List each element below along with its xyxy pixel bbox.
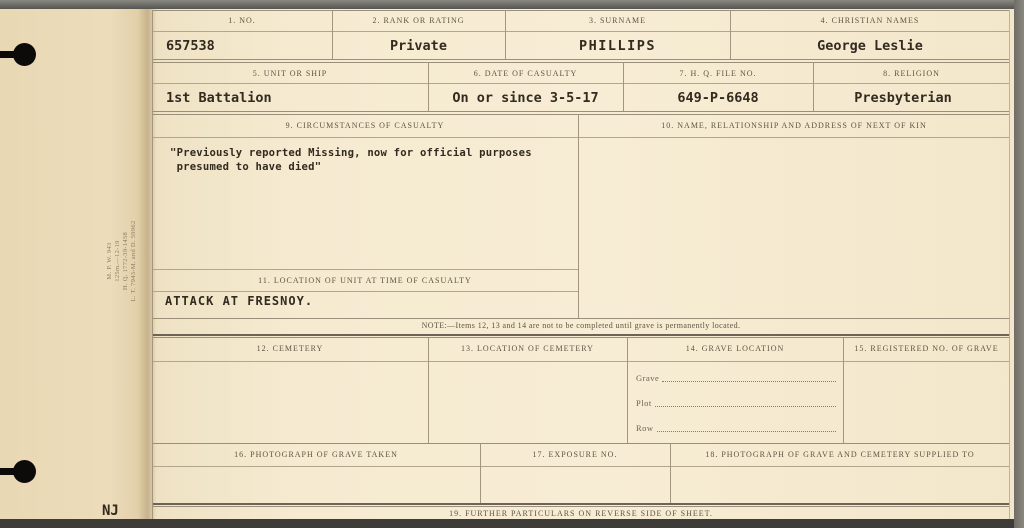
binder-hole-top (13, 43, 36, 66)
row-line-label: Row (636, 423, 654, 433)
field-label-surname: 3. SURNAME (505, 13, 730, 28)
value-christian-names: George Leslie (730, 38, 1010, 54)
value-religion: Presbyterian (813, 90, 993, 106)
field-label-next-of-kin: 10. NAME, RELATIONSHIP AND ADDRESS OF NE… (578, 118, 1010, 133)
field-label-christian-names: 4. CHRISTIAN NAMES (730, 13, 1010, 28)
field-label-photo-supplied: 18. PHOTOGRAPH OF GRAVE AND CEMETERY SUP… (670, 447, 1010, 462)
value-unit: 1st Battalion (166, 90, 272, 106)
value-circumstances-line2: presumed to have died" (170, 160, 321, 174)
value-location-of-unit: ATTACK AT FRESNOY. (165, 294, 313, 308)
field-label-exposure-no: 17. EXPOSURE NO. (480, 447, 670, 462)
field-label-grave-location: 14. GRAVE LOCATION (627, 341, 843, 356)
field-label-hq-file-no: 7. H. Q. FILE NO. (623, 66, 813, 81)
field-label-location-of-cemetery: 13. LOCATION OF CEMETERY (428, 341, 627, 356)
grave-line-label: Grave (636, 373, 659, 383)
footer-text: 19. FURTHER PARTICULARS ON REVERSE SIDE … (152, 509, 1010, 518)
field-label-unit: 5. UNIT OR SHIP (152, 66, 428, 81)
field-label-location-of-unit: 11. LOCATION OF UNIT AT TIME OF CASUALTY (152, 273, 578, 288)
dotted-leader (657, 431, 836, 432)
field-label-registered-no: 15. REGISTERED NO. OF GRAVE (843, 341, 1010, 356)
field-label-rank: 2. RANK OR RATING (332, 13, 505, 28)
field-label-religion: 8. RELIGION (813, 66, 1010, 81)
value-hq-file-no: 649-P-6648 (623, 90, 813, 106)
binder-hole-bottom (13, 460, 36, 483)
stamp-line: H. Q. 1772-39-1458 (122, 201, 130, 321)
scan-border-top (0, 0, 1024, 9)
field-label-cemetery: 12. CEMETERY (152, 341, 428, 356)
note-text: NOTE:—Items 12, 13 and 14 are not to be … (152, 321, 1010, 330)
value-no: 657538 (166, 38, 215, 54)
value-circumstances-line1: "Previously reported Missing, now for of… (170, 146, 532, 160)
value-rank: Private (332, 38, 505, 54)
dotted-leader (655, 406, 836, 407)
row-line: Row (636, 421, 836, 433)
value-surname: PHILLIPS (505, 38, 730, 54)
stamp-line: L. T. 7943-M. and D. 59962 (130, 201, 138, 321)
field-label-circumstances: 9. CIRCUMSTANCES OF CASUALTY (152, 118, 578, 133)
dotted-leader (662, 381, 836, 382)
scan-border-right (1014, 0, 1024, 528)
stamp-line: M. P. W. 943 (106, 201, 114, 321)
stamp-line: 125m.—12-19 (114, 201, 122, 321)
margin-print-stamp: M. P. W. 943 125m.—12-19 H. Q. 1772-39-1… (106, 201, 138, 321)
field-label-photo-taken: 16. PHOTOGRAPH OF GRAVE TAKEN (152, 447, 480, 462)
plot-line: Plot (636, 396, 836, 408)
field-label-no: 1. NO. (152, 13, 332, 28)
field-label-date-of-casualty: 6. DATE OF CASUALTY (428, 66, 623, 81)
scan-border-bottom (0, 519, 1024, 528)
scanned-card: M. P. W. 943 125m.—12-19 H. Q. 1772-39-1… (0, 0, 1024, 528)
page-code: NJ (102, 503, 119, 519)
value-date-of-casualty: On or since 3-5-17 (428, 90, 623, 106)
grave-line: Grave (636, 371, 836, 383)
plot-line-label: Plot (636, 398, 652, 408)
